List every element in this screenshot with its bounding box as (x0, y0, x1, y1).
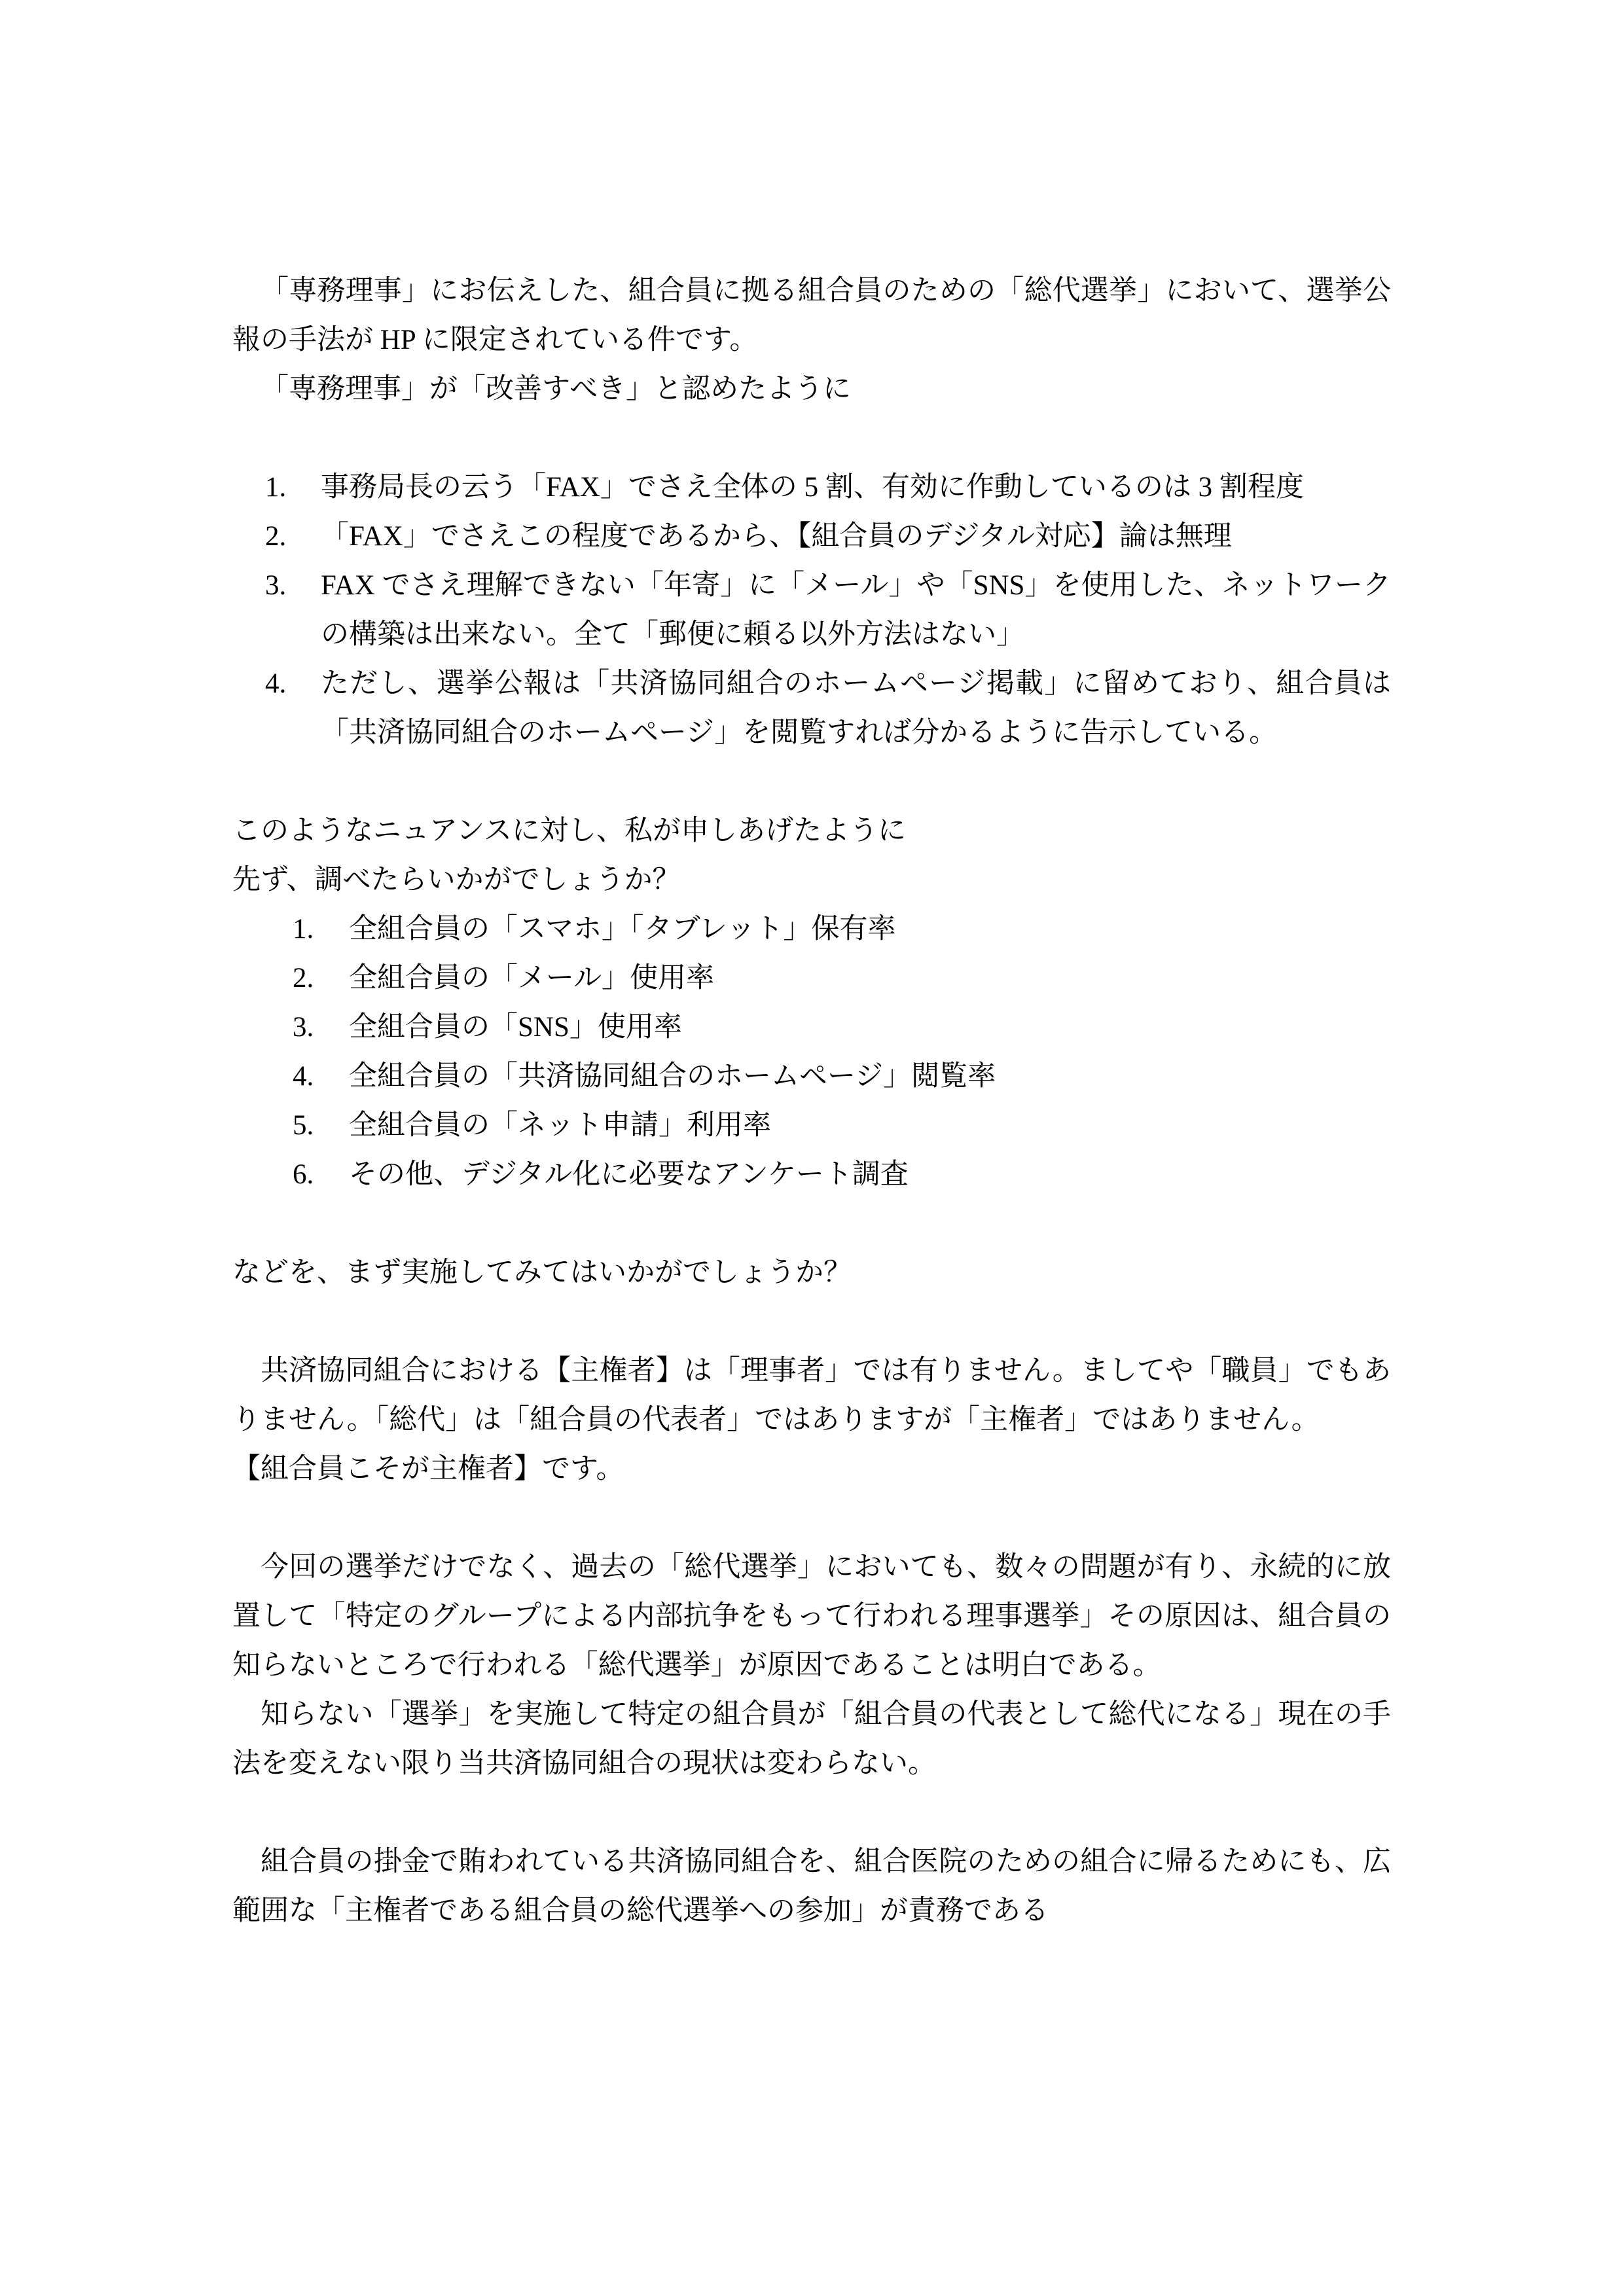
paragraph-sovereign-definition: 共済協同組合における【主権者】は「理事者」では有りません。ましてや「職員」でもあ… (232, 1346, 1391, 1444)
list-item-text: ただし、選挙公報は「共済協同組合のホームページ掲載」に留めており、組合員は「共済… (321, 668, 1391, 748)
paragraph-unknown-election-method: 知らない「選挙」を実施して特定の組合員が「組合員の代表として総代になる」現在の手… (232, 1690, 1391, 1788)
list-item-text: 事務局長の云う「FAX」でさえ全体の 5 割、有効に作動しているのは 3 割程度 (321, 472, 1304, 503)
list-item-number: 3. (293, 1003, 314, 1052)
paragraph-director-admitted: 「専務理事」が「改善すべき」と認めたように (232, 365, 1391, 414)
list-item: 4.全組合員の「共済協同組合のホームページ」閲覧率 (232, 1052, 1391, 1101)
blank-line (232, 1788, 1391, 1837)
list-item-number: 1. (265, 463, 286, 512)
list-item-text: 全組合員の「メール」使用率 (349, 963, 714, 994)
paragraph-members-premium-duty: 組合員の掛金で賄われている共済協同組合を、組合医院のための組合に帰るためにも、広… (232, 1837, 1391, 1935)
list-item-text: 全組合員の「スマホ」「タブレット」保有率 (349, 914, 896, 944)
list-item: 1.事務局長の云う「FAX」でさえ全体の 5 割、有効に作動しているのは 3 割… (232, 463, 1391, 512)
paragraph-members-are-sovereign: 【組合員こそが主権者】です。 (232, 1444, 1391, 1494)
list-item-text: FAX でさえ理解できない「年寄」に「メール」や「SNS」を使用した、ネットワー… (321, 570, 1391, 650)
list-item: 6.その他、デジタル化に必要なアンケート調査 (232, 1150, 1391, 1199)
list-item-text: 全組合員の「SNS」使用率 (349, 1012, 682, 1043)
list-item-number: 3. (265, 561, 286, 610)
survey-items-list: 1.全組合員の「スマホ」「タブレット」保有率 2.全組合員の「メール」使用率 3… (232, 905, 1391, 1199)
blank-line (232, 1297, 1391, 1346)
list-item-number: 1. (293, 905, 314, 954)
fax-points-list: 1.事務局長の云う「FAX」でさえ全体の 5 割、有効に作動しているのは 3 割… (232, 463, 1391, 757)
list-item: 5.全組合員の「ネット申請」利用率 (232, 1101, 1391, 1150)
list-item: 4.ただし、選挙公報は「共済協同組合のホームページ掲載」に留めており、組合員は「… (232, 659, 1391, 757)
document-page: 「専務理事」にお伝えした、組合員に拠る組合員のための「総代選挙」において、選挙公… (0, 0, 1624, 2296)
paragraph-implementation-question: などを、まず実施してみてはいかがでしょうか？ (232, 1248, 1391, 1297)
blank-line (232, 1494, 1391, 1543)
list-item: 3.FAX でさえ理解できない「年寄」に「メール」や「SNS」を使用した、ネット… (232, 561, 1391, 659)
list-item: 2.全組合員の「メール」使用率 (232, 954, 1391, 1003)
list-item-text: 全組合員の「共済協同組合のホームページ」閲覧率 (349, 1061, 996, 1092)
list-item-number: 5. (293, 1101, 314, 1150)
list-item: 2.「FAX」でさえこの程度であるから、【組合員のデジタル対応】論は無理 (232, 512, 1391, 561)
blank-line (232, 1199, 1391, 1248)
blank-line (232, 757, 1391, 806)
list-item-number: 2. (265, 512, 286, 561)
paragraph-election-bulletin: 「専務理事」にお伝えした、組合員に拠る組合員のための「総代選挙」において、選挙公… (232, 266, 1391, 365)
list-item: 3.全組合員の「SNS」使用率 (232, 1003, 1391, 1052)
paragraph-nuance-response: このようなニュアンスに対し、私が申しあげたように (232, 806, 1391, 855)
list-item-number: 2. (293, 954, 314, 1003)
list-item-text: 「FAX」でさえこの程度であるから、【組合員のデジタル対応】論は無理 (321, 521, 1232, 552)
list-item-number: 6. (293, 1150, 314, 1199)
list-item-number: 4. (293, 1052, 314, 1101)
list-item-text: その他、デジタル化に必要なアンケート調査 (349, 1159, 909, 1190)
list-item-text: 全組合員の「ネット申請」利用率 (349, 1110, 771, 1141)
blank-line (232, 414, 1391, 463)
paragraph-survey-suggestion: 先ず、調べたらいかがでしょうか？ (232, 855, 1391, 905)
list-item-number: 4. (265, 659, 286, 708)
paragraph-past-election-problems: 今回の選挙だけでなく、過去の「総代選挙」においても、数々の問題が有り、永続的に放… (232, 1543, 1391, 1690)
list-item: 1.全組合員の「スマホ」「タブレット」保有率 (232, 905, 1391, 954)
